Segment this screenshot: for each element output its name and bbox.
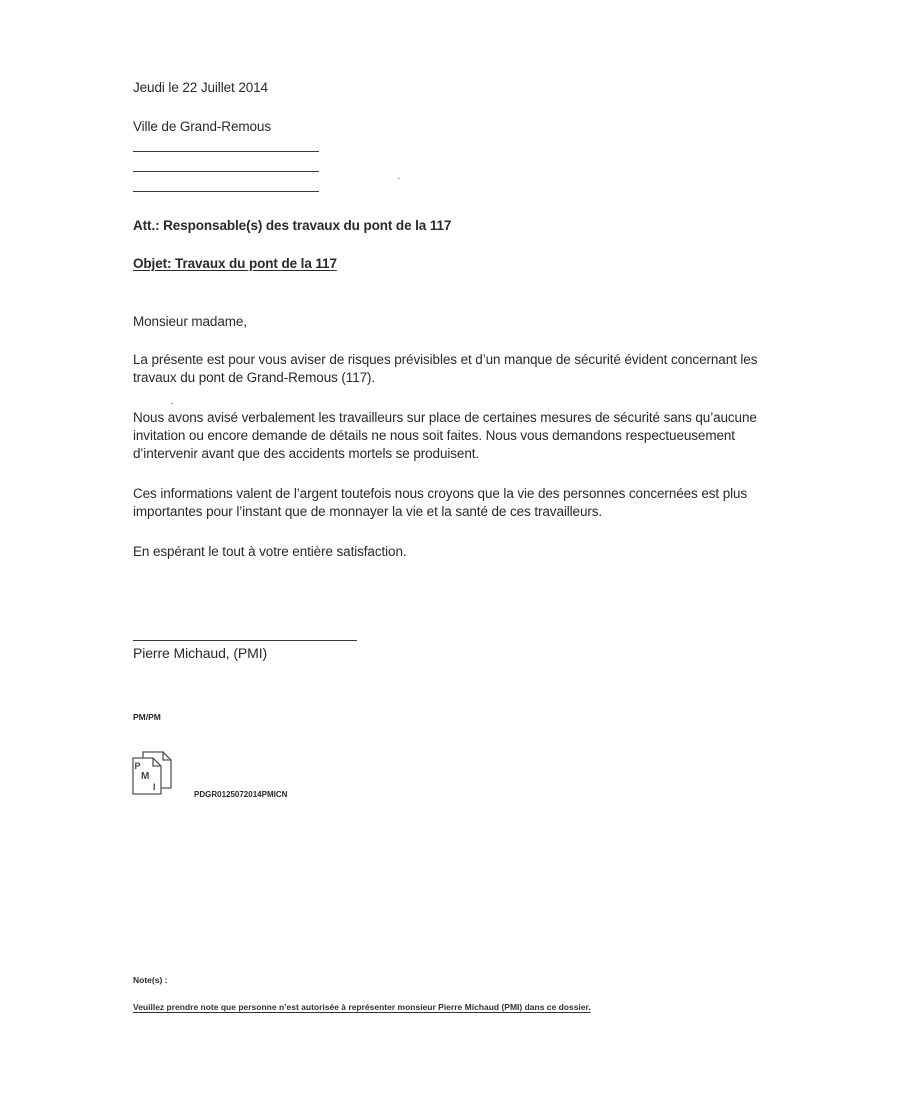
address-line-2 [133, 171, 319, 172]
signature-line [133, 640, 357, 641]
scan-speck [171, 403, 173, 404]
attention-line: Att.: Responsable(s) des travaux du pont… [133, 217, 451, 235]
address-line-3 [133, 191, 319, 192]
letter-page: Jeudi le 22 Juillet 2014 Ville de Grand-… [0, 0, 900, 1100]
svg-text:M: M [141, 771, 149, 782]
initials: PM/PM [133, 712, 161, 722]
note-text: Veuillez prendre note que personne n’est… [133, 1002, 591, 1012]
salutation: Monsieur madame, [133, 313, 247, 331]
paragraph-2: Nous avons avisé verbalement les travail… [133, 409, 773, 463]
notes-label: Note(s) : [133, 975, 167, 985]
paragraph-1: La présente est pour vous aviser de risq… [133, 351, 773, 387]
letter-date: Jeudi le 22 Juillet 2014 [133, 79, 268, 97]
reference-code: PDGR0125072014PMICN [194, 790, 287, 799]
pmi-document-icon: P M I [131, 750, 177, 796]
paragraph-3: Ces informations valent de l’argent tout… [133, 485, 773, 521]
signature-name: Pierre Michaud, (PMI) [133, 644, 267, 662]
svg-text:P: P [135, 761, 141, 771]
svg-text:I: I [153, 782, 156, 792]
scan-speck [398, 178, 400, 180]
address-line-1 [133, 151, 319, 152]
closing-line: En espérant le tout à votre entière sati… [133, 543, 773, 561]
recipient-name: Ville de Grand-Remous [133, 118, 271, 136]
subject-line: Objet: Travaux du pont de la 117 [133, 255, 337, 273]
